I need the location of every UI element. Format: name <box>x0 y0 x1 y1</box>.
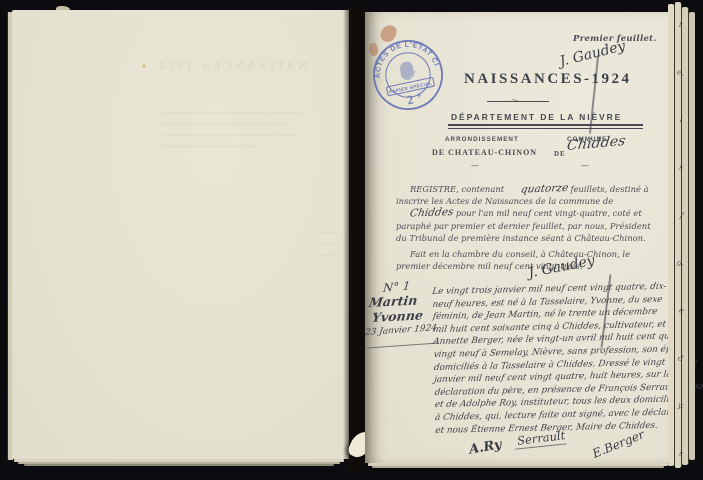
witness-signature-roy: A.Ry <box>468 437 503 457</box>
ink-mark: t <box>678 20 683 30</box>
arrondissement-label: ARRONDISSEMENT <box>445 136 519 143</box>
birth-act-body: Le vingt trois janvier mil neuf cent vin… <box>431 281 670 437</box>
ink-mark: g. <box>676 257 686 268</box>
stamp-value-unit: F <box>417 92 422 100</box>
bleedthrough-margin-marks <box>318 232 342 265</box>
arrondissement-value: DE CHATEAU-CHINON <box>432 148 537 157</box>
etat-civil-revenue-stamp: ACTES DE L'ÉTAT CIVIL PAPIER SPÉCIAL 2 F <box>364 31 452 119</box>
stamp-value: 2 <box>406 92 415 107</box>
bottom-page-edge <box>24 464 334 466</box>
margin-date-underline <box>367 342 439 348</box>
act-margin-date: 23 Janvier 1924 <box>364 323 437 338</box>
paper-speck <box>142 64 146 68</box>
ink-mark: e. <box>676 67 685 77</box>
commune-prefix: DE <box>554 150 566 158</box>
ink-mark: f <box>678 210 683 219</box>
fait-paragraph: Fait en la chambre du conseil, à Château… <box>396 248 654 272</box>
bleedthrough-title: NAISSANCES-1924 <box>157 58 307 74</box>
ink-mark: d <box>677 353 684 363</box>
register-scan-photo: NAISSANCES-1924 ACTES DE L'ÉTAT CIVIL <box>0 0 703 480</box>
act-margin-firstname: Yvonne <box>371 307 424 325</box>
ink-mark: s <box>678 449 684 459</box>
bottom-page-edge <box>372 466 664 468</box>
ink-mark: s <box>678 163 684 173</box>
register-title: NAISSANCES-1924 <box>464 71 632 88</box>
ink-mark: i <box>679 115 684 124</box>
left-page: NAISSANCES-1924 <box>12 10 349 459</box>
registre-paragraph: REGISTRE, contenant quatorze feuillets, … <box>396 183 654 244</box>
department-double-rule <box>448 124 643 129</box>
registre-handwritten-quatorze: quatorze <box>505 182 569 196</box>
title-rule-ornament: 〜 <box>511 95 519 106</box>
arrondissement-dash: — <box>471 161 479 170</box>
ink-mark: y. <box>677 401 685 411</box>
marianne-head-icon <box>399 60 417 81</box>
department-heading: DÉPARTEMENT DE LA NIÈVRE <box>451 112 622 122</box>
registre-handwritten-commune: Chiddes <box>395 206 455 220</box>
page-edge-ink-marks: t e. i s f g. e d y. s <box>666 20 696 458</box>
registre-print-segment: REGISTRE, contenant <box>410 184 507 194</box>
commune-dash: — <box>581 161 589 170</box>
paraphe-flourish-stroke <box>589 56 599 134</box>
right-page: ACTES DE L'ÉTAT CIVIL PAPIER SPÉCIAL 2 F… <box>365 12 668 463</box>
bleedthrough-text-lines <box>162 112 312 156</box>
ink-mark: e <box>678 305 685 315</box>
